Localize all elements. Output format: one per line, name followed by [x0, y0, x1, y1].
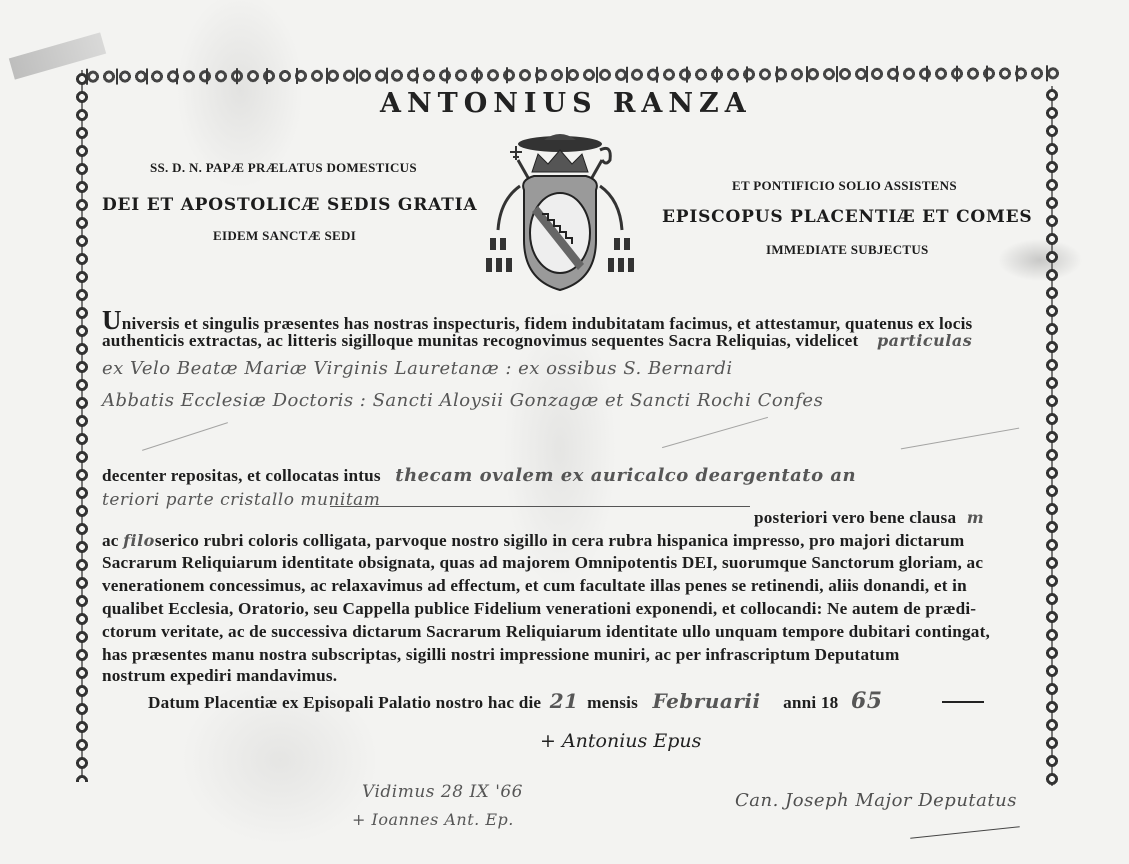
handwritten-cristallo: teriori parte cristallo munitam	[102, 490, 380, 510]
handwritten-year: 65	[851, 688, 883, 714]
header-left-line-3: EIDEM SANCTÆ SEDI	[213, 228, 356, 244]
episcopal-coat-of-arms-icon	[480, 130, 640, 300]
header-left-line-1: SS. D. N. PAPÆ PRÆLATUS DOMESTICUS	[150, 160, 417, 176]
body-line-12: ctorum veritate, ac de successiva dictar…	[102, 622, 990, 642]
body-line-11: qualibet Ecclesia, Oratorio, seu Cappell…	[102, 599, 976, 619]
visum-signature: + Ioannes Ant. Ep.	[352, 810, 514, 829]
header-right-line-2: EPISCOPUS PLACENTIÆ ET COMES	[662, 207, 1033, 227]
body-line-10: venerationem concessimus, ac relaxavimus…	[102, 576, 967, 596]
dating-line: Datum Placentiæ ex Episopali Palatio nos…	[148, 688, 883, 714]
body-line-13: has præsentes manu nostra subscriptas, s…	[102, 645, 899, 665]
bishop-signature: + Antonius Epus	[540, 730, 701, 752]
header-left-line-2: DEI ET APOSTOLICÆ SEDIS GRATIA	[102, 195, 477, 215]
body-line-8: ac filoserico rubri coloris colligata, p…	[102, 531, 964, 551]
year-dash	[942, 701, 984, 703]
header-right-line-1: ET PONTIFICIO SOLIO ASSISTENS	[732, 178, 957, 194]
handwritten-relics-line-2: Abbatis Ecclesiæ Doctoris : Sancti Aloys…	[102, 390, 823, 411]
handwritten-relics-line-1: ex Velo Beatæ Mariæ Virginis Lauretanæ :…	[102, 358, 733, 379]
body-line-7: posteriori vero bene clausa m	[754, 508, 984, 528]
decorative-border-top	[84, 65, 1060, 84]
decorative-border-right	[1044, 86, 1060, 786]
handwritten-month: Februarii	[652, 689, 760, 713]
handwritten-filo: filo	[123, 531, 155, 550]
document-title: ANTONIUS RANZA	[380, 88, 752, 119]
handwritten-theca: thecam ovalem ex auricalco deargentato a…	[395, 465, 856, 486]
visum-note: Vidimus 28 IX '66	[362, 782, 523, 802]
handwritten-day: 21	[550, 689, 579, 713]
body-line-2: authenticis extractas, ac litteris sigil…	[102, 331, 972, 351]
body-line-14: nostrum expediri mandavimus.	[102, 666, 337, 686]
body-line-5: decenter repositas, et collocatas intus …	[102, 465, 856, 486]
decorative-border-left	[74, 70, 90, 782]
handwritten-particulas: particulas	[877, 331, 972, 350]
deputy-signature: Can. Joseph Major Deputatus	[735, 790, 1017, 811]
header-right-line-3: IMMEDIATE SUBJECTUS	[766, 242, 929, 258]
fill-line	[330, 506, 750, 507]
body-line-9: Sacrarum Reliquiarum identitate obsignat…	[102, 553, 983, 573]
